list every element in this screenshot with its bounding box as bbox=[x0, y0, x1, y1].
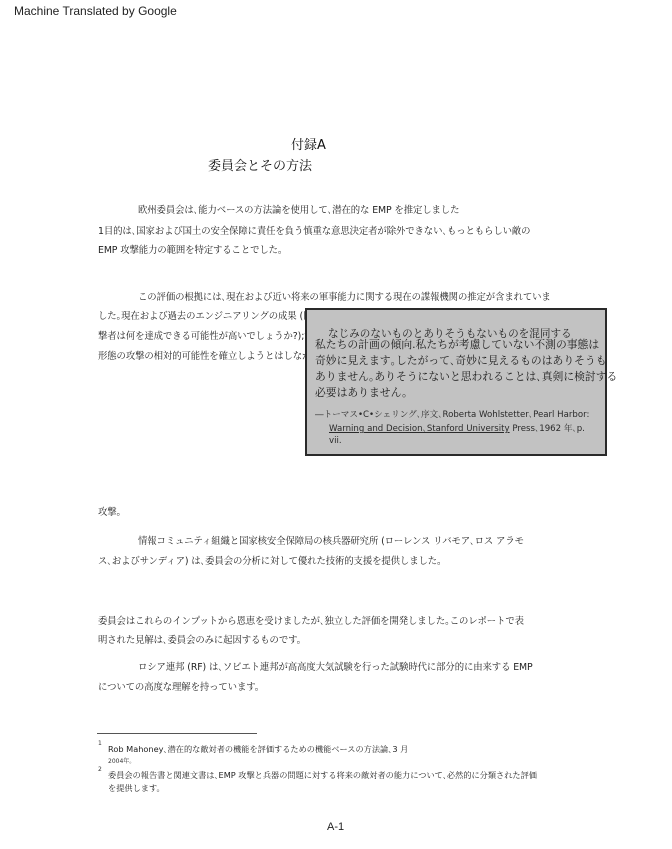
quote-line-4: 必要はありません。 bbox=[315, 385, 413, 400]
quote-line-2: 奇妙に見えます｡したがって､奇妙に見えるものはありそうも bbox=[315, 353, 607, 368]
paragraph-1-line-2: 1目的は､国家および国土の安全保障に責任を負う慎重な意思決定者が除外できない､も… bbox=[98, 223, 530, 237]
quote-attribution-line-2: Warning and Decision､Stanford University… bbox=[329, 422, 585, 434]
quote-attribution-line-1: ―トーマス•C•シェリング､序文､Roberta Wohlstetter､Pea… bbox=[315, 408, 589, 420]
footnote-1-text: Rob Mahoney､潜在的な敵対者の機能を評価するための機能ベースの方法論､… bbox=[108, 744, 408, 755]
quote-line-3: ありません｡ありそうにないと思われることは､真剣に検討する bbox=[315, 369, 617, 384]
footnote-2-text: 委員会の報告書と関連文書は､EMP 攻撃と兵器の問題に対する将来の敵対者の能力に… bbox=[108, 770, 537, 781]
footnote-2-subtext: を提供します。 bbox=[108, 783, 165, 794]
quote-overlap-line: なじみのないものとありそうもないものを混同する bbox=[328, 326, 572, 341]
quote-source-publisher: Press､1962 年､p. bbox=[510, 424, 585, 434]
paragraph-2-line-4: 形態の攻撃の相対的可能性を確立しようとはしなかった bbox=[98, 348, 330, 362]
quote-attribution-line-3: vii. bbox=[329, 436, 342, 446]
page-title: 委員会とその方法 bbox=[208, 155, 312, 174]
paragraph-5-line-1: ロシア連邦 (RF) は､ソビエト連邦が高高度大気試験を行った試験時代に部分的に… bbox=[138, 659, 533, 673]
quote-source-title: Warning and Decision､Stanford University bbox=[329, 424, 510, 434]
machine-translation-banner: Machine Translated by Google bbox=[14, 4, 177, 18]
paragraph-1-line-1: 欧州委員会は､能力ベースの方法論を使用して､潜在的な EMP を推定しました bbox=[138, 202, 459, 216]
footnote-1-subtext: 2004年。 bbox=[108, 756, 135, 765]
paragraph-2-line-1: この評価の根拠には､現在および近い将来の軍事能力に関する現在の諜報機関の推定が含… bbox=[138, 289, 551, 303]
appendix-label: 付録A bbox=[291, 134, 326, 153]
paragraph-3-line-1: 情報コミュニティ組織と国家核安全保障局の核兵器研究所 (ローレンス リバモア､ロ… bbox=[138, 533, 524, 547]
footnote-separator bbox=[97, 733, 257, 734]
paragraph-2-tail: 攻撃。 bbox=[98, 504, 126, 518]
footnote-1-mark: 1 bbox=[98, 740, 102, 747]
paragraph-4-line-1: 委員会はこれらのインプットから恩恵を受けましたが､独立した評価を開発しました｡こ… bbox=[98, 613, 524, 627]
page-number: A-1 bbox=[327, 821, 344, 833]
paragraph-4-line-2: 明された見解は､委員会のみに起因するものです。 bbox=[98, 632, 306, 646]
paragraph-5-line-2: についての高度な理解を持っています。 bbox=[98, 679, 264, 693]
paragraph-3-line-2: ス､およびサンディア) は､委員会の分析に対して優れた技術的支援を提供しました。 bbox=[98, 553, 446, 567]
paragraph-1-line-3: EMP 攻撃能力の範囲を特定することでした。 bbox=[98, 242, 287, 256]
footnote-2-mark: 2 bbox=[98, 766, 102, 773]
